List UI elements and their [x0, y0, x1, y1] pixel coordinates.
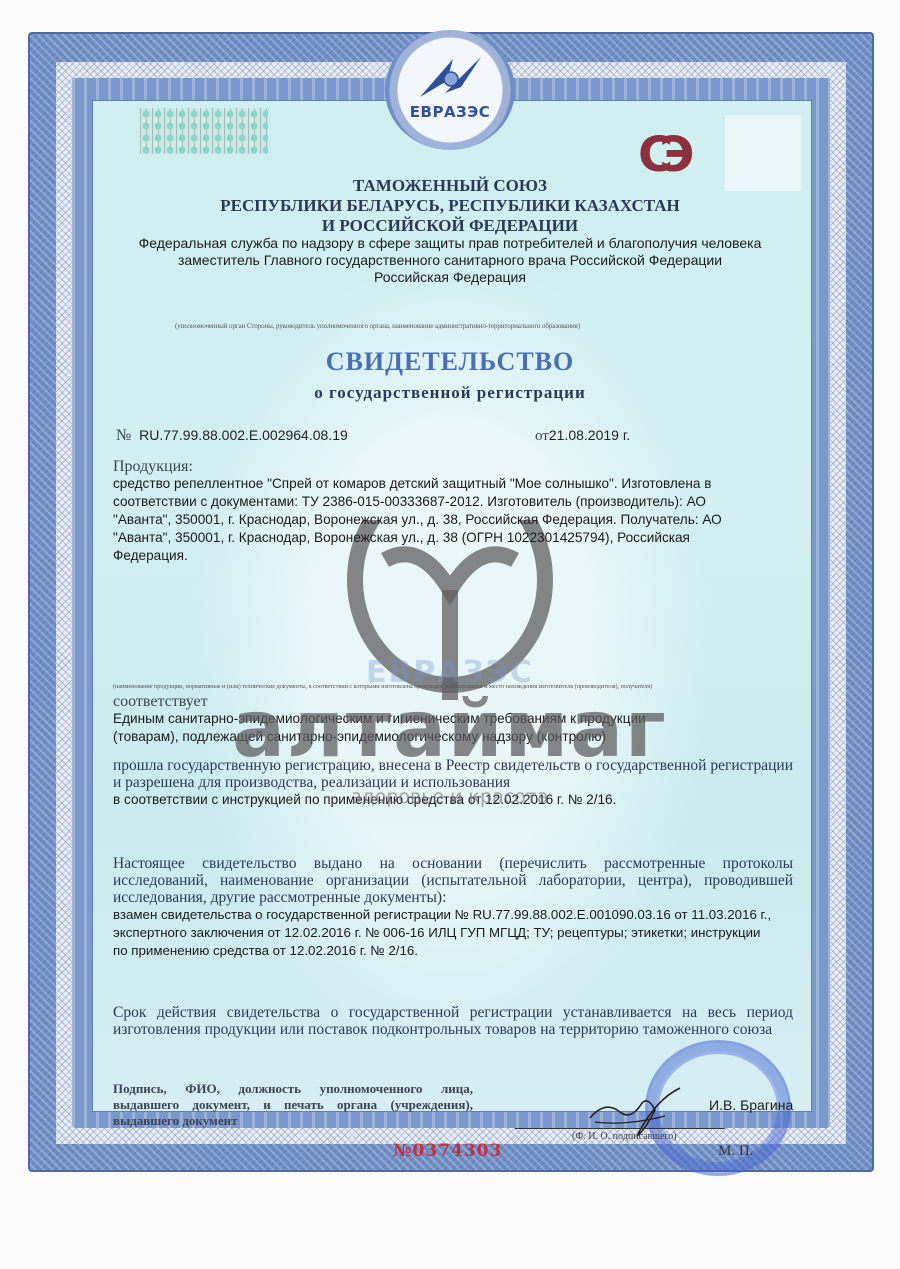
- header-authority: Федеральная служба по надзору в сфере за…: [110, 235, 790, 286]
- registration-number-value: RU.77.99.88.002.E.002964.08.19: [139, 427, 348, 443]
- document-subtitle: о государственной регистрации: [110, 383, 790, 403]
- header-line-2: РЕСПУБЛИКИ БЕЛАРУСЬ, РЕСПУБЛИКИ КАЗАХСТА…: [110, 196, 790, 216]
- hologram-sticker: [140, 108, 268, 154]
- date-prefix: от: [535, 428, 549, 444]
- fio-caption: (Ф. И. О. подписавшего): [572, 1131, 677, 1142]
- authority-line-1: Федеральная служба по надзору в сфере за…: [110, 235, 790, 252]
- signature-section: Подпись, ФИО, должность уполномоченного …: [113, 1081, 473, 1129]
- product-label: Продукция:: [113, 459, 793, 475]
- basis-section: Настоящее свидетельство выдано на основа…: [113, 855, 793, 960]
- header-line-1: ТАМОЖЕННЫЙ СОЮЗ: [110, 176, 790, 196]
- signature-label: Подпись, ФИО, должность уполномоченного …: [113, 1081, 473, 1129]
- header-line-3: И РОССИЙСКОЙ ФЕДЕРАЦИИ: [110, 216, 790, 236]
- conformity-mark-icon: СЭ: [638, 127, 680, 183]
- registration-date-value: 21.08.2019 г.: [549, 427, 630, 443]
- validity-section: Срок действия свидетельства о государств…: [113, 1004, 793, 1038]
- authority-line-2: заместитель Главного государственного са…: [110, 252, 790, 269]
- basis-label: Настоящее свидетельство выдано на основа…: [113, 855, 793, 906]
- registration-number: № RU.77.99.88.002.E.002964.08.19: [116, 427, 348, 445]
- authority-line-3: Российская Федерация: [110, 269, 790, 286]
- header-union: ТАМОЖЕННЫЙ СОЮЗ РЕСПУБЛИКИ БЕЛАРУСЬ, РЕС…: [110, 176, 790, 236]
- signatory-name: И.В. Брагина: [709, 1097, 793, 1113]
- document-title: СВИДЕТЕЛЬСТВО: [110, 347, 790, 377]
- seal-place-mark: М. П.: [718, 1143, 753, 1160]
- watermark-brand: алтаймаг: [160, 690, 740, 770]
- basis-text: взамен свидетельства о государственной р…: [113, 906, 778, 960]
- form-serial-number: №0374303: [393, 1141, 502, 1161]
- registration-date: от21.08.2019 г.: [535, 427, 630, 445]
- number-sign: №: [116, 427, 131, 444]
- eurasec-emblem: ЕВРАЗЭС: [385, 30, 515, 150]
- eurasec-logo-icon: [415, 53, 485, 103]
- authority-caption: (уполномоченный орган Стороны, руководит…: [175, 322, 580, 330]
- signature-line: [515, 1128, 725, 1129]
- product-section: Продукция: средство репеллентное "Спрей …: [113, 459, 793, 565]
- watermark-tagline: здоровье и красота: [300, 786, 600, 808]
- validity-text: Срок действия свидетельства о государств…: [113, 1004, 793, 1038]
- product-text: средство репеллентное "Спрей от комаров …: [113, 475, 743, 565]
- eurasec-label: ЕВРАЗЭС: [410, 103, 490, 121]
